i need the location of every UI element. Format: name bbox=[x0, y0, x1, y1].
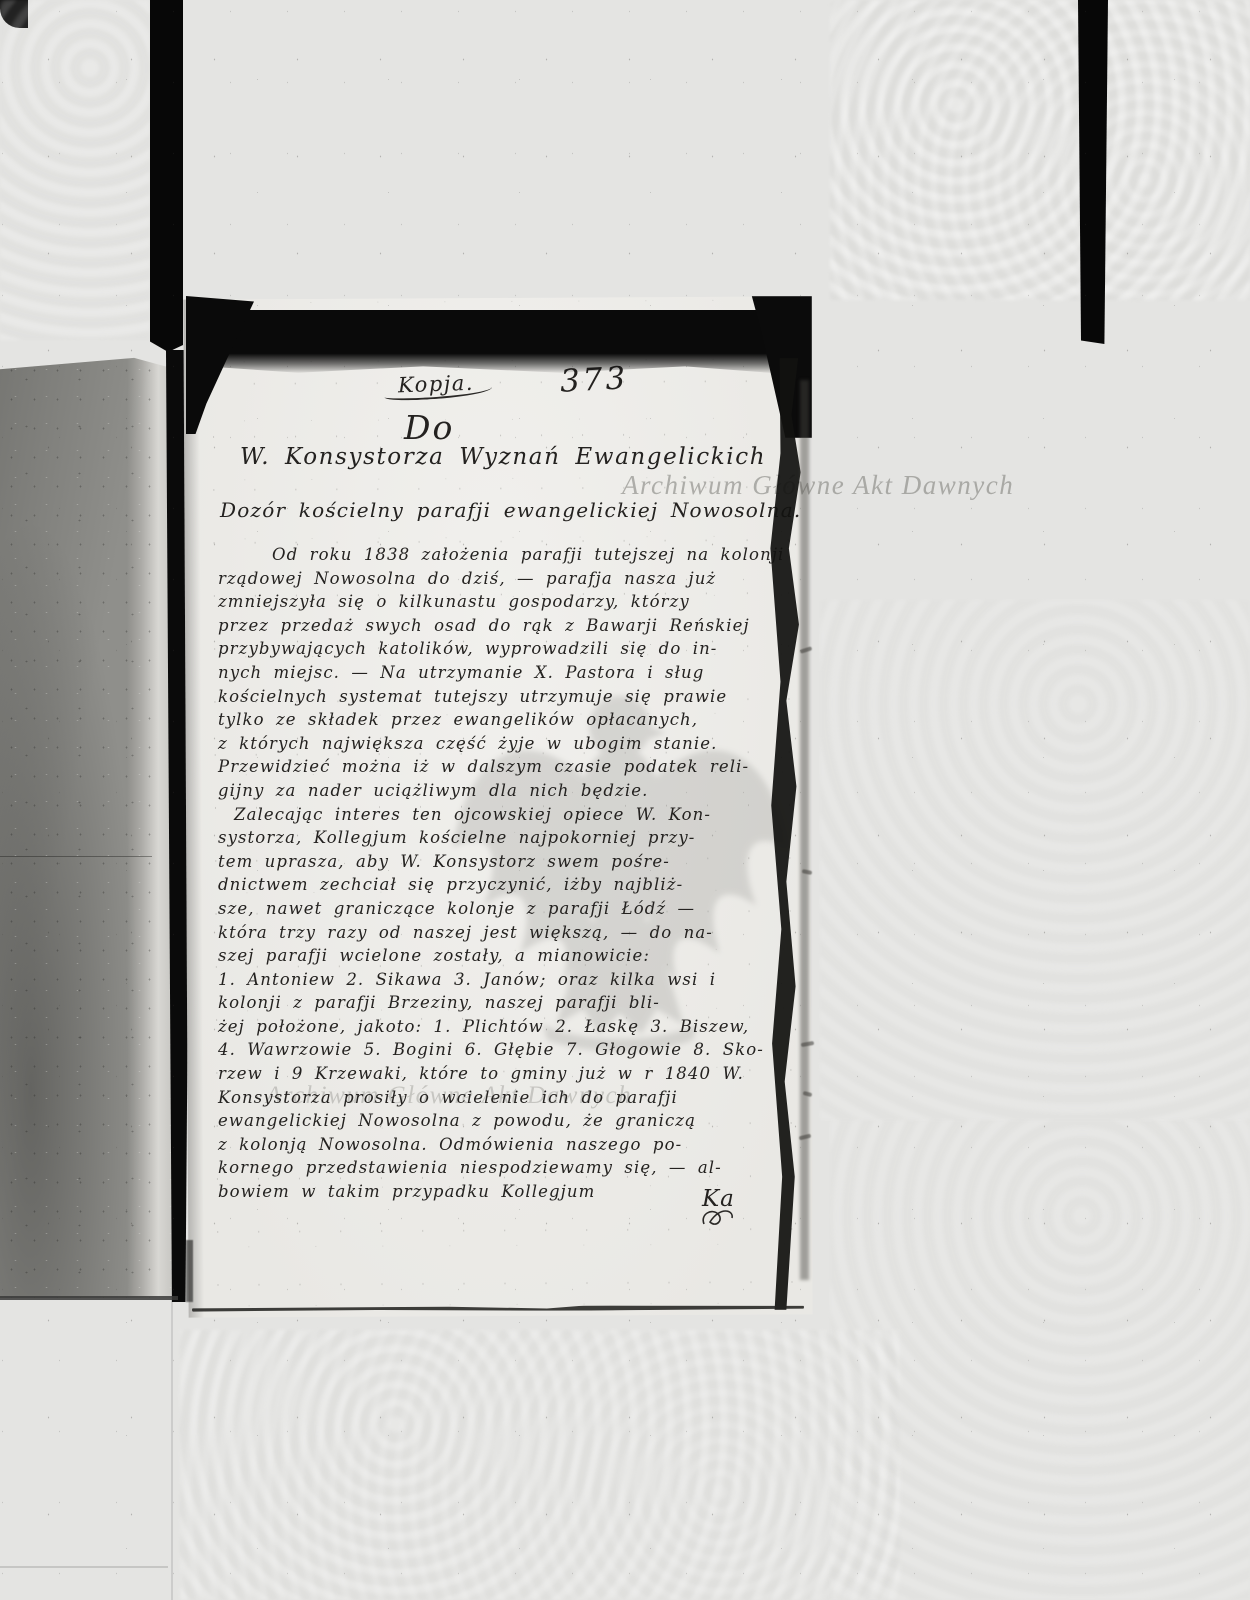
addressee-line: W. Konsystorza Wyznań Ewangelickich bbox=[240, 444, 766, 470]
manuscript-line: przybywających katolików, wyprowadzili s… bbox=[218, 637, 798, 661]
salutation: Do bbox=[404, 408, 454, 447]
catchword: Ka bbox=[702, 1186, 735, 1212]
manuscript-line: która trzy razy od naszej jest większą, … bbox=[218, 921, 798, 945]
manuscript-line: rządowej Nowosolna do dziś, — parafja na… bbox=[218, 567, 798, 591]
manuscript-line: systorza, Kollegjum kościelne najpokorni… bbox=[218, 826, 798, 850]
manuscript-line: rzew i 9 Krzewaki, które to gminy już w … bbox=[218, 1062, 798, 1086]
manuscript-line: Konsystorza prosiły o wcielenie ich do p… bbox=[218, 1086, 798, 1110]
manuscript-line: z kolonją Nowosolna. Odmówienia naszego … bbox=[218, 1133, 798, 1157]
sender-line: Dozór kościelny parafji ewangelickiej No… bbox=[220, 498, 801, 522]
manuscript-line: tylko ze składek przez ewangelików opłac… bbox=[218, 708, 798, 732]
catchword-flourish bbox=[698, 1204, 738, 1230]
manuscript-line: nych miejsc. — Na utrzymanie X. Pastora … bbox=[218, 661, 798, 685]
manuscript-line: ewangelickiej Nowosolna z powodu, że gra… bbox=[218, 1109, 798, 1133]
marble-texture bbox=[820, 600, 1250, 1120]
manuscript-line: Od roku 1838 założenia parafji tutejszej… bbox=[218, 543, 798, 567]
manuscript-line: Zalecając interes ten ojcowskiej opiece … bbox=[218, 803, 798, 827]
manuscript-line: z których największa część żyje w ubogim… bbox=[218, 732, 798, 756]
manuscript-line: kościelnych systemat tutejszy utrzymuje … bbox=[218, 685, 798, 709]
cover-edge-faint-line bbox=[171, 1300, 173, 1600]
film-strip-left bbox=[150, 0, 183, 352]
manuscript-line: tem uprasza, aby W. Konsystorz swem pośr… bbox=[218, 850, 798, 874]
background-crease bbox=[0, 1566, 168, 1568]
archive-watermark-text: Archiwum Główne Akt Dawnych bbox=[622, 470, 1014, 501]
manuscript-line: przez przedaż swych osad do rąk z Bawarj… bbox=[218, 614, 798, 638]
book-cover-left bbox=[0, 356, 172, 1298]
manuscript-line: dnictwem zechciał się przyczynić, iżby n… bbox=[218, 873, 798, 897]
cover-grain-texture bbox=[0, 356, 172, 1298]
manuscript-line: Przewidzieć można iż w dalszym czasie po… bbox=[218, 755, 798, 779]
letter-body: Od roku 1838 założenia parafji tutejszej… bbox=[218, 543, 798, 1204]
manuscript-line: 4. Wawrzowie 5. Bogini 6. Głębie 7. Głog… bbox=[218, 1038, 798, 1062]
film-strip-right bbox=[1078, 0, 1108, 344]
cover-bottom-edge bbox=[0, 1296, 178, 1300]
copy-label: Kopja. bbox=[398, 371, 475, 398]
manuscript-line: gijny za nader uciążliwym dla nich będzi… bbox=[218, 779, 798, 803]
marble-texture bbox=[0, 0, 150, 340]
manuscript-line: żej położone, jakoto: 1. Plichtów 2. Łas… bbox=[218, 1015, 798, 1039]
manuscript-line: sze, nawet graniczące kolonje z parafji … bbox=[218, 897, 798, 921]
manuscript-line: kornego przedstawienia niespodziewamy si… bbox=[218, 1156, 798, 1180]
manuscript-line: zmniejszyła się o kilkunastu gospodarzy,… bbox=[218, 590, 798, 614]
marble-texture bbox=[830, 1120, 1250, 1600]
microfilm-scan: Archiwum Główne Akt Dawnych Archiwum Głó… bbox=[0, 0, 1250, 1600]
cover-scratch-line bbox=[0, 856, 152, 857]
film-corner-mark bbox=[0, 0, 28, 28]
manuscript-line: 1. Antoniew 2. Sikawa 3. Janów; oraz kil… bbox=[218, 968, 798, 992]
manuscript-line: szej parafji wcielone zostały, a mianowi… bbox=[218, 944, 798, 968]
marble-texture bbox=[830, 0, 1250, 300]
marble-texture bbox=[180, 1330, 900, 1600]
page-number: 373 bbox=[559, 360, 629, 400]
manuscript-line: kolonji z parafji Brzeziny, naszej paraf… bbox=[218, 991, 798, 1015]
